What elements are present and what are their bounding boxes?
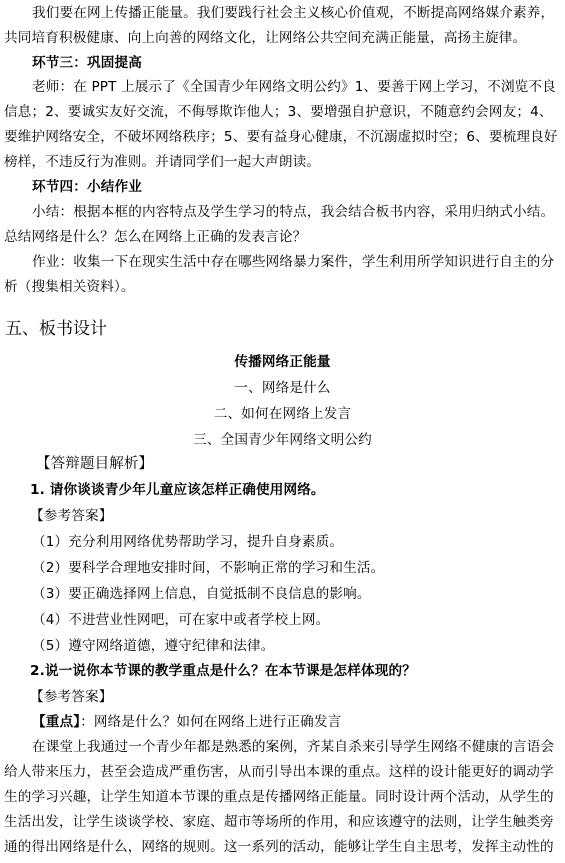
step4-summary-line-2: 总结网络是什么？怎么在网络上正确的发表言论？ [4,228,561,246]
q1-answer-5: （5）遵守网络道德，遵守纪律和法律。 [32,637,561,655]
q2-key-point-text: ：网络是什么？如何在网络上进行正确发言 [80,714,341,730]
intro-line-1: 我们要在网上传播正能量。我们要践行社会主义核心价值观，不断提高网络媒介素养， [32,4,561,22]
step4-summary-line-1: 小结：根据本框的内容特点及学生学习的特点，我会结合板书内容，采用归纳式小结。 [32,203,561,221]
board-item-3: 三、全国青少年网络文明公约 [0,431,565,449]
board-item-2: 二、如何在网络上发言 [0,405,565,423]
q2-answer-label: 【参考答案】 [30,688,561,706]
step3-heading: 环节三：巩固提高 [32,54,561,72]
board-item-1: 一、网络是什么 [0,379,565,397]
section-title-board-design: 五、板书设计 [5,318,107,340]
q2-paragraph-line-5: 通的得出网络是什么，网络的规则。这一系列的活动，能够让学生自主思考，发挥主动性的 [4,838,561,856]
question-1: 1. 请你谈谈青少年儿童应该怎样正确使用网络。 [30,481,561,499]
q1-answer-2: （2）要科学合理地安排时间，不影响正常的学习和生活。 [32,559,561,577]
q2-key-point-label: 【重点】 [32,714,80,730]
q1-answer-4: （4）不进营业性网吧，可在家中或者学校上网。 [32,611,561,629]
step3-line-2: 信息；2、要诚实友好交流，不侮辱欺诈他人；3、要增强自护意识，不随意约会网友；4… [4,103,561,121]
intro-line-2: 共同培育积极健康、向上向善的网络文化，让网络公共空间充满正能量，高扬主旋律。 [4,29,561,47]
q1-answer-3: （3）要正确选择网上信息，自觉抵制不良信息的影响。 [32,585,561,603]
q2-paragraph-line-1: 在课堂上我通过一个青少年都是熟悉的案例，齐某自杀来引导学生网络不健康的言语会 [32,738,561,756]
step4-homework-line-1: 作业：收集一下在现实生活中存在哪些网络暴力案件，学生利用所学知识进行自主的分 [32,253,561,271]
q1-answer-1: （1）充分利用网络优势帮助学习，提升自身素质。 [32,533,561,551]
step3-line-1: 老师：在 PPT 上展示了《全国青少年网络文明公约》1、要善于网上学习，不浏览不… [32,78,561,96]
q2-key-point: 【重点】：网络是什么？如何在网络上进行正确发言 [32,713,561,731]
question-2: 2.说一说你本节课的教学重点是什么？在本节课是怎样体现的？ [30,662,561,680]
q2-paragraph-line-2: 给人带来压力，甚至会造成严重伤害，从而引导出本课的重点。这样的设计能更好的调动学 [4,763,561,781]
step4-homework-line-2: 析（搜集相关资料）。 [4,278,561,296]
step3-line-3: 要维护网络安全，不破坏网络秩序；5、要有益身心健康，不沉溺虚拟时空；6、要梳理良… [4,128,561,146]
defense-heading: 【答辩题目解析】 [36,455,561,473]
q1-answer-label: 【参考答案】 [30,507,561,525]
board-title: 传播网络正能量 [0,353,565,371]
q2-paragraph-line-4: 生活出发，让学生谈谈学校、家庭、超市等场所的作用，和应该遵守的法则，让学生触类旁 [4,813,561,831]
step4-heading: 环节四：小结作业 [32,178,561,196]
step3-line-4: 榜样，不违反行为准则。并请同学们一起大声朗读。 [4,153,561,171]
q2-paragraph-line-3: 生的学习兴趣，让学生知道本节课的重点是传播网络正能量。同时设计两个活动，从学生的 [4,788,561,806]
